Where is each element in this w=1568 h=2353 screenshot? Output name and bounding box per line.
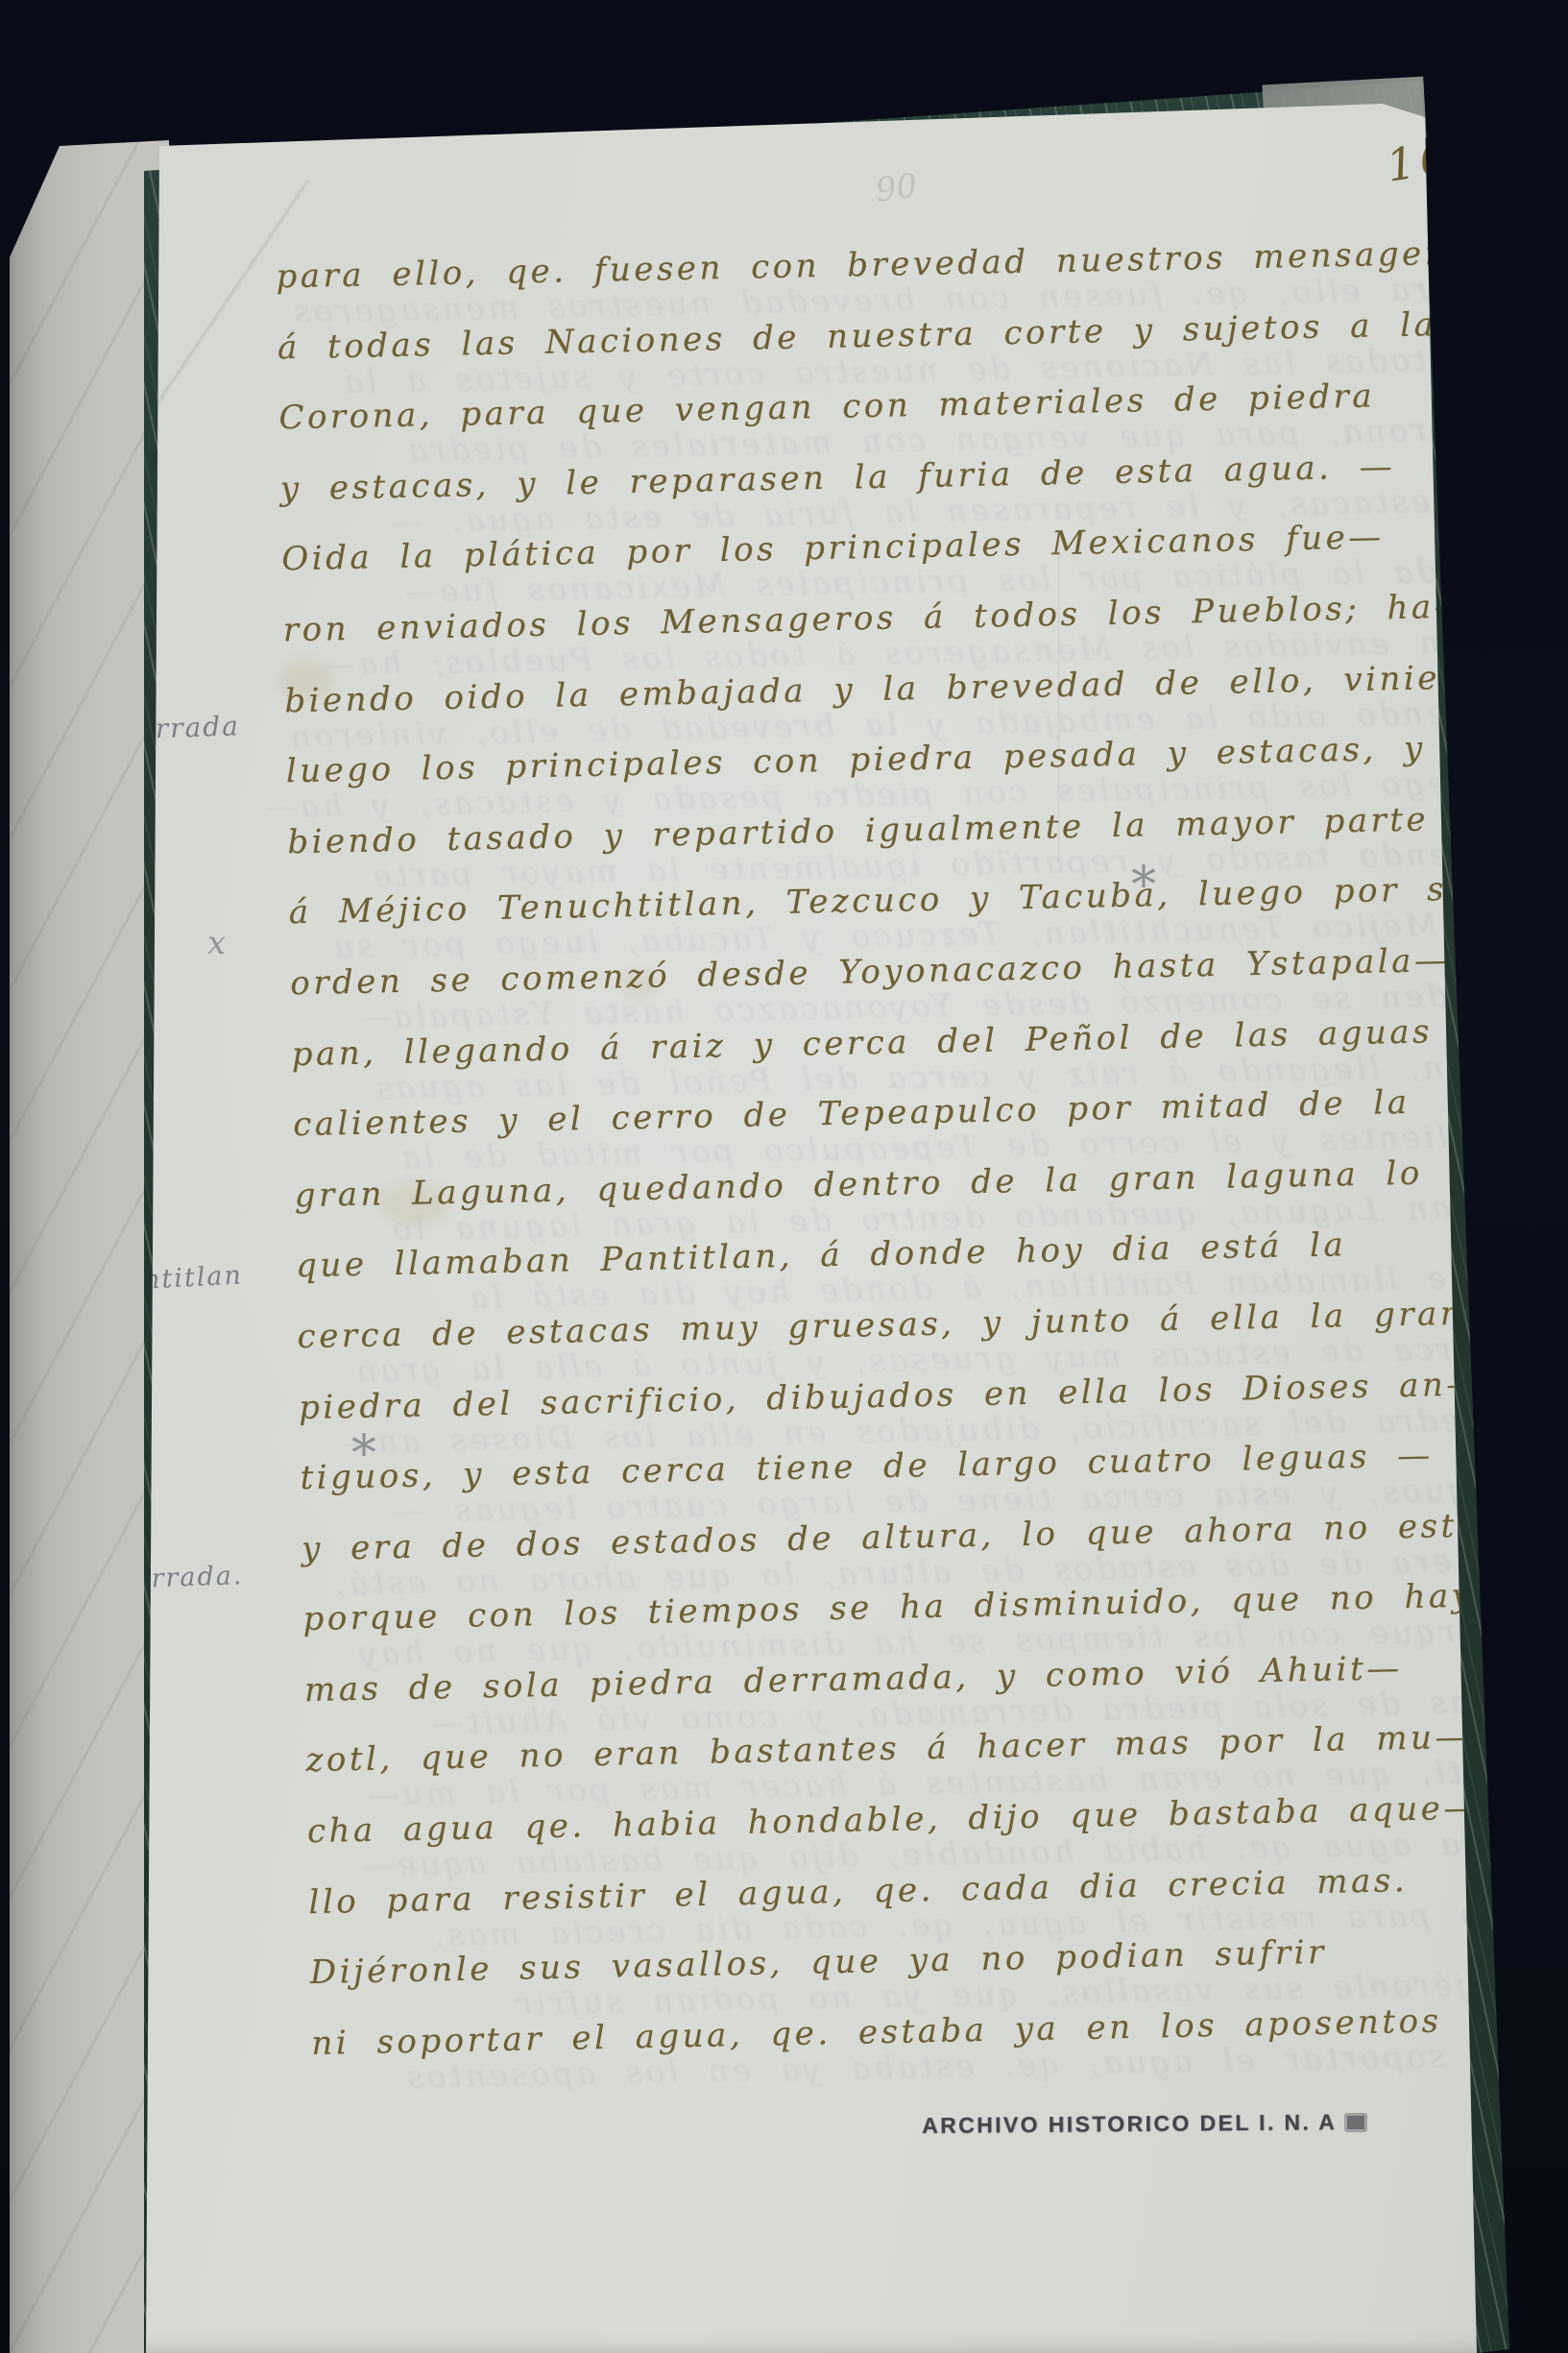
folio-number: 161	[1383, 125, 1488, 191]
manuscript-page: para ello, qe. fuesen con brevedad nuest…	[0, 0, 1568, 2353]
archive-stamp: ARCHIVO HISTORICO DEL I. N. A	[922, 2109, 1367, 2139]
pencil-asterisk-line18: *	[351, 1429, 376, 1479]
margin-cross-mark: x	[207, 924, 226, 962]
manuscript-scan: para ello, qe. fuesen con brevedad nuest…	[0, 0, 1568, 2353]
manuscript-text: para ello, qe. fuesen con brevedad nuest…	[276, 217, 1562, 2079]
faint-pencil-number: 90	[873, 166, 919, 210]
archive-stamp-text: ARCHIVO HISTORICO DEL I. N. A	[922, 2109, 1337, 2139]
stamp-logo-icon	[1344, 2112, 1367, 2131]
pencil-asterisk-line10: *	[1131, 861, 1156, 910]
